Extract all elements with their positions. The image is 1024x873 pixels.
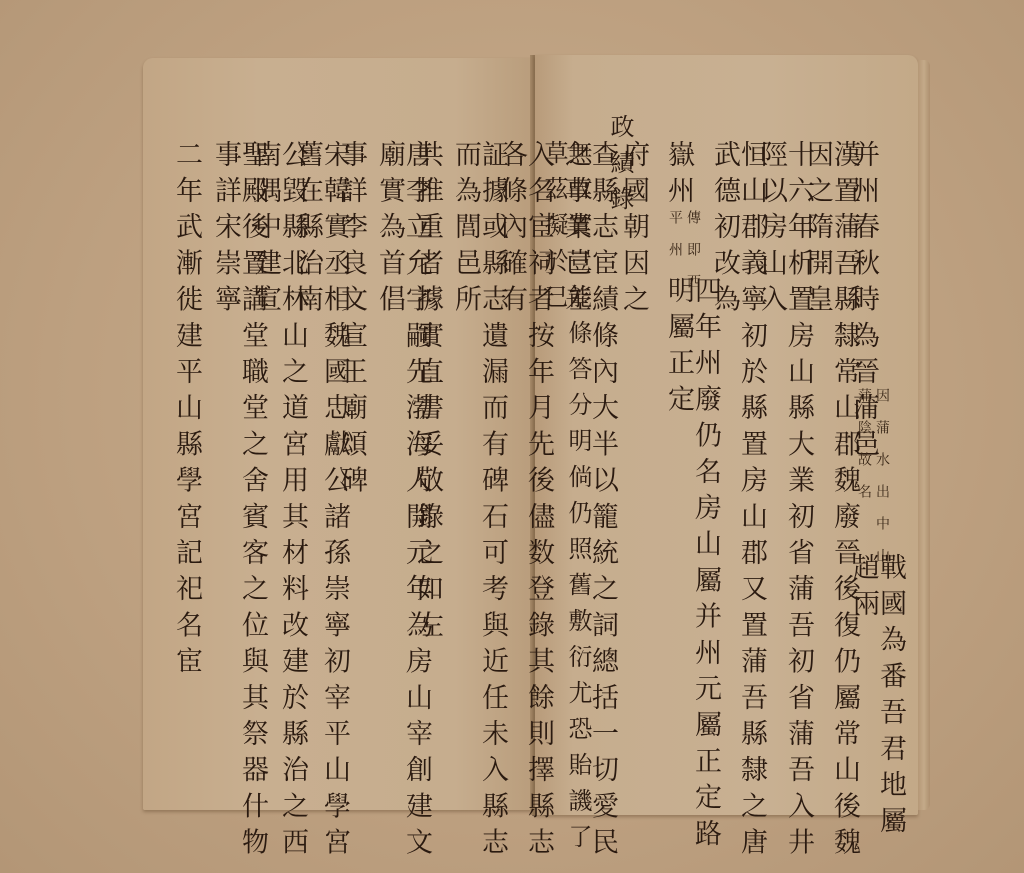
text-column: 聖殿後置講堂職堂之舍賓客之位與其祭器什物事詳宋崇寧 (212, 140, 266, 873)
text-column: 唐李立允字嗣先渤海人開元年為房山宰創建文廟實為首倡 (376, 140, 430, 873)
annotation: 因蒲水出中山 (875, 388, 889, 580)
page-stack-edge (918, 60, 930, 810)
text-column: 証據或縣志遺漏而有碑石可考與近任未入縣志而為閭邑所 (452, 140, 506, 873)
text-column: 二年武漸徙建平山縣學宮記祀名宦 (173, 140, 200, 683)
annotation: 平州 (668, 210, 682, 274)
text-column: 四年州廢仍名房山屬并州元屬正定路明屬正定 (665, 276, 719, 873)
text-column: 嶽州 (665, 140, 692, 212)
